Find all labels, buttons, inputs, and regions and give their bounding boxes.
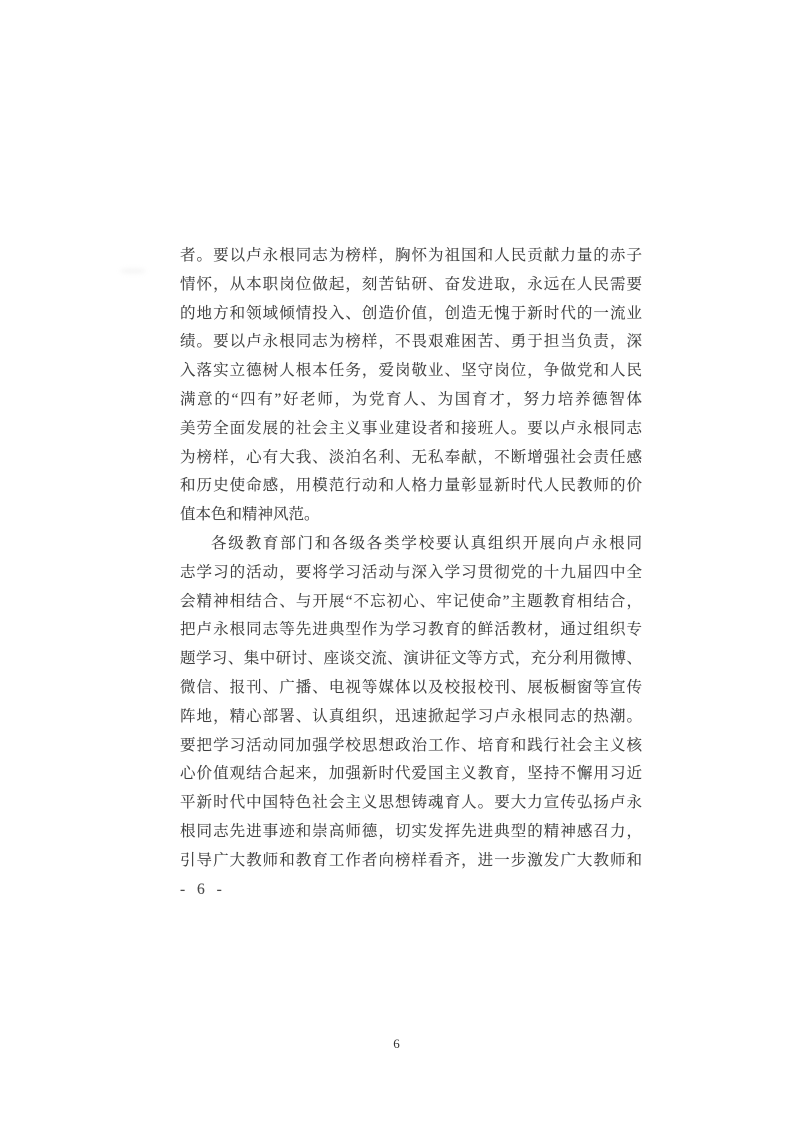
- footer-page-number: 6: [0, 1036, 793, 1052]
- body-line: 会精神相结合、与开展“不忘初心、牢记使命”主题教育相结合，: [180, 588, 642, 617]
- body-text-block: 者。要以卢永根同志为榜样，胸怀为祖国和人民贡献力量的赤子 情怀，从本职岗位做起，…: [180, 242, 642, 904]
- body-line: 满意的“四有”好老师，为党育人、为国育才，努力培养德智体: [180, 386, 642, 415]
- scan-artifact: [120, 268, 146, 274]
- body-line: 要把学习活动同加强学校思想政治工作、培育和践行社会主义核: [180, 732, 642, 761]
- body-line: 把卢永根同志等先进典型作为学习教育的鲜活教材，通过组织专: [180, 616, 642, 645]
- body-line: 根同志先进事迹和崇高师德，切实发挥先进典型的精神感召力，: [180, 818, 642, 847]
- body-line: 题学习、集中研讨、座谈交流、演讲征文等方式，充分利用微博、: [180, 645, 642, 674]
- body-line: 平新时代中国特色社会主义思想铸魂育人。要大力宣传弘扬卢永: [180, 789, 642, 818]
- body-line: 各级教育部门和各级各类学校要认真组织开展向卢永根同: [180, 530, 642, 559]
- document-page: 者。要以卢永根同志为榜样，胸怀为祖国和人民贡献力量的赤子 情怀，从本职岗位做起，…: [0, 0, 793, 1122]
- body-line: 引导广大教师和教育工作者向榜样看齐，进一步激发广大教师和: [180, 847, 642, 876]
- body-line: 美劳全面发展的社会主义事业建设者和接班人。要以卢永根同志: [180, 415, 642, 444]
- body-line: 入落实立德树人根本任务，爱岗敬业、坚守岗位，争做党和人民: [180, 357, 642, 386]
- body-line: 心价值观结合起来，加强新时代爱国主义教育，坚持不懈用习近: [180, 760, 642, 789]
- body-line: 值本色和精神风范。: [180, 501, 642, 530]
- body-line: 的地方和领域倾情投入、创造价值，创造无愧于新时代的一流业: [180, 300, 642, 329]
- body-line: 微信、报刊、广播、电视等媒体以及校报校刊、展板橱窗等宣传: [180, 674, 642, 703]
- body-line: 为榜样，心有大我、淡泊名利、无私奉献，不断增强社会责任感: [180, 444, 642, 473]
- body-line: 情怀，从本职岗位做起，刻苦钻研、奋发进取，永远在人民需要: [180, 271, 642, 300]
- body-line: 和历史使命感，用模范行动和人格力量彰显新时代人民教师的价: [180, 472, 642, 501]
- body-line: 志学习的活动，要将学习活动与深入学习贯彻党的十九届四中全: [180, 559, 642, 588]
- inline-page-number: - 6 -: [180, 876, 642, 905]
- body-line: 阵地，精心部署、认真组织，迅速掀起学习卢永根同志的热潮。: [180, 703, 642, 732]
- body-line: 者。要以卢永根同志为榜样，胸怀为祖国和人民贡献力量的赤子: [180, 242, 642, 271]
- body-line: 绩。要以卢永根同志为榜样，不畏艰难困苦、勇于担当负责，深: [180, 328, 642, 357]
